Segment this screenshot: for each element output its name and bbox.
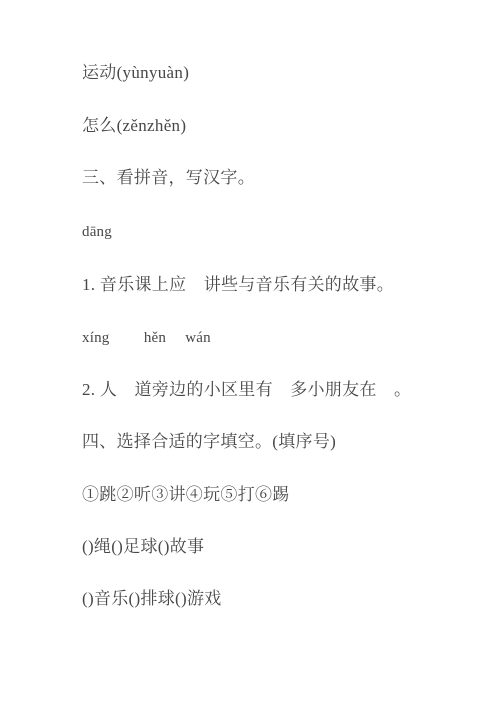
worksheet-page: 运动(yùnyuàn) 怎么(zěnzhěn) 三、看拼音，写汉字。 dāng … (0, 0, 500, 707)
vocab-pinyin-line-yundong: 运动(yùnyuàn) (82, 64, 189, 83)
section-three-heading: 三、看拼音，写汉字。 (82, 169, 255, 188)
choice-options-line: ①跳②听③讲④玩⑤打⑥踢 (82, 486, 290, 505)
vocab-pinyin-line-zenme: 怎么(zěnzhěn) (82, 117, 186, 136)
fill-blank-line-2: ()音乐()排球()游戏 (82, 590, 222, 609)
fill-blank-line-1: ()绳()足球()故事 (82, 538, 204, 557)
pinyin-hint-dang: dāng (82, 224, 112, 241)
pinyin-hint-xing-hen-wan: xíng hěn wán (82, 330, 211, 347)
question-1-sentence: 1. 音乐课上应 讲些与音乐有关的故事。 (82, 276, 394, 295)
question-2-sentence: 2. 人 道旁边的小区里有 多小朋友在 。 (82, 381, 411, 400)
section-four-heading: 四、选择合适的字填空。(填序号) (82, 433, 336, 452)
